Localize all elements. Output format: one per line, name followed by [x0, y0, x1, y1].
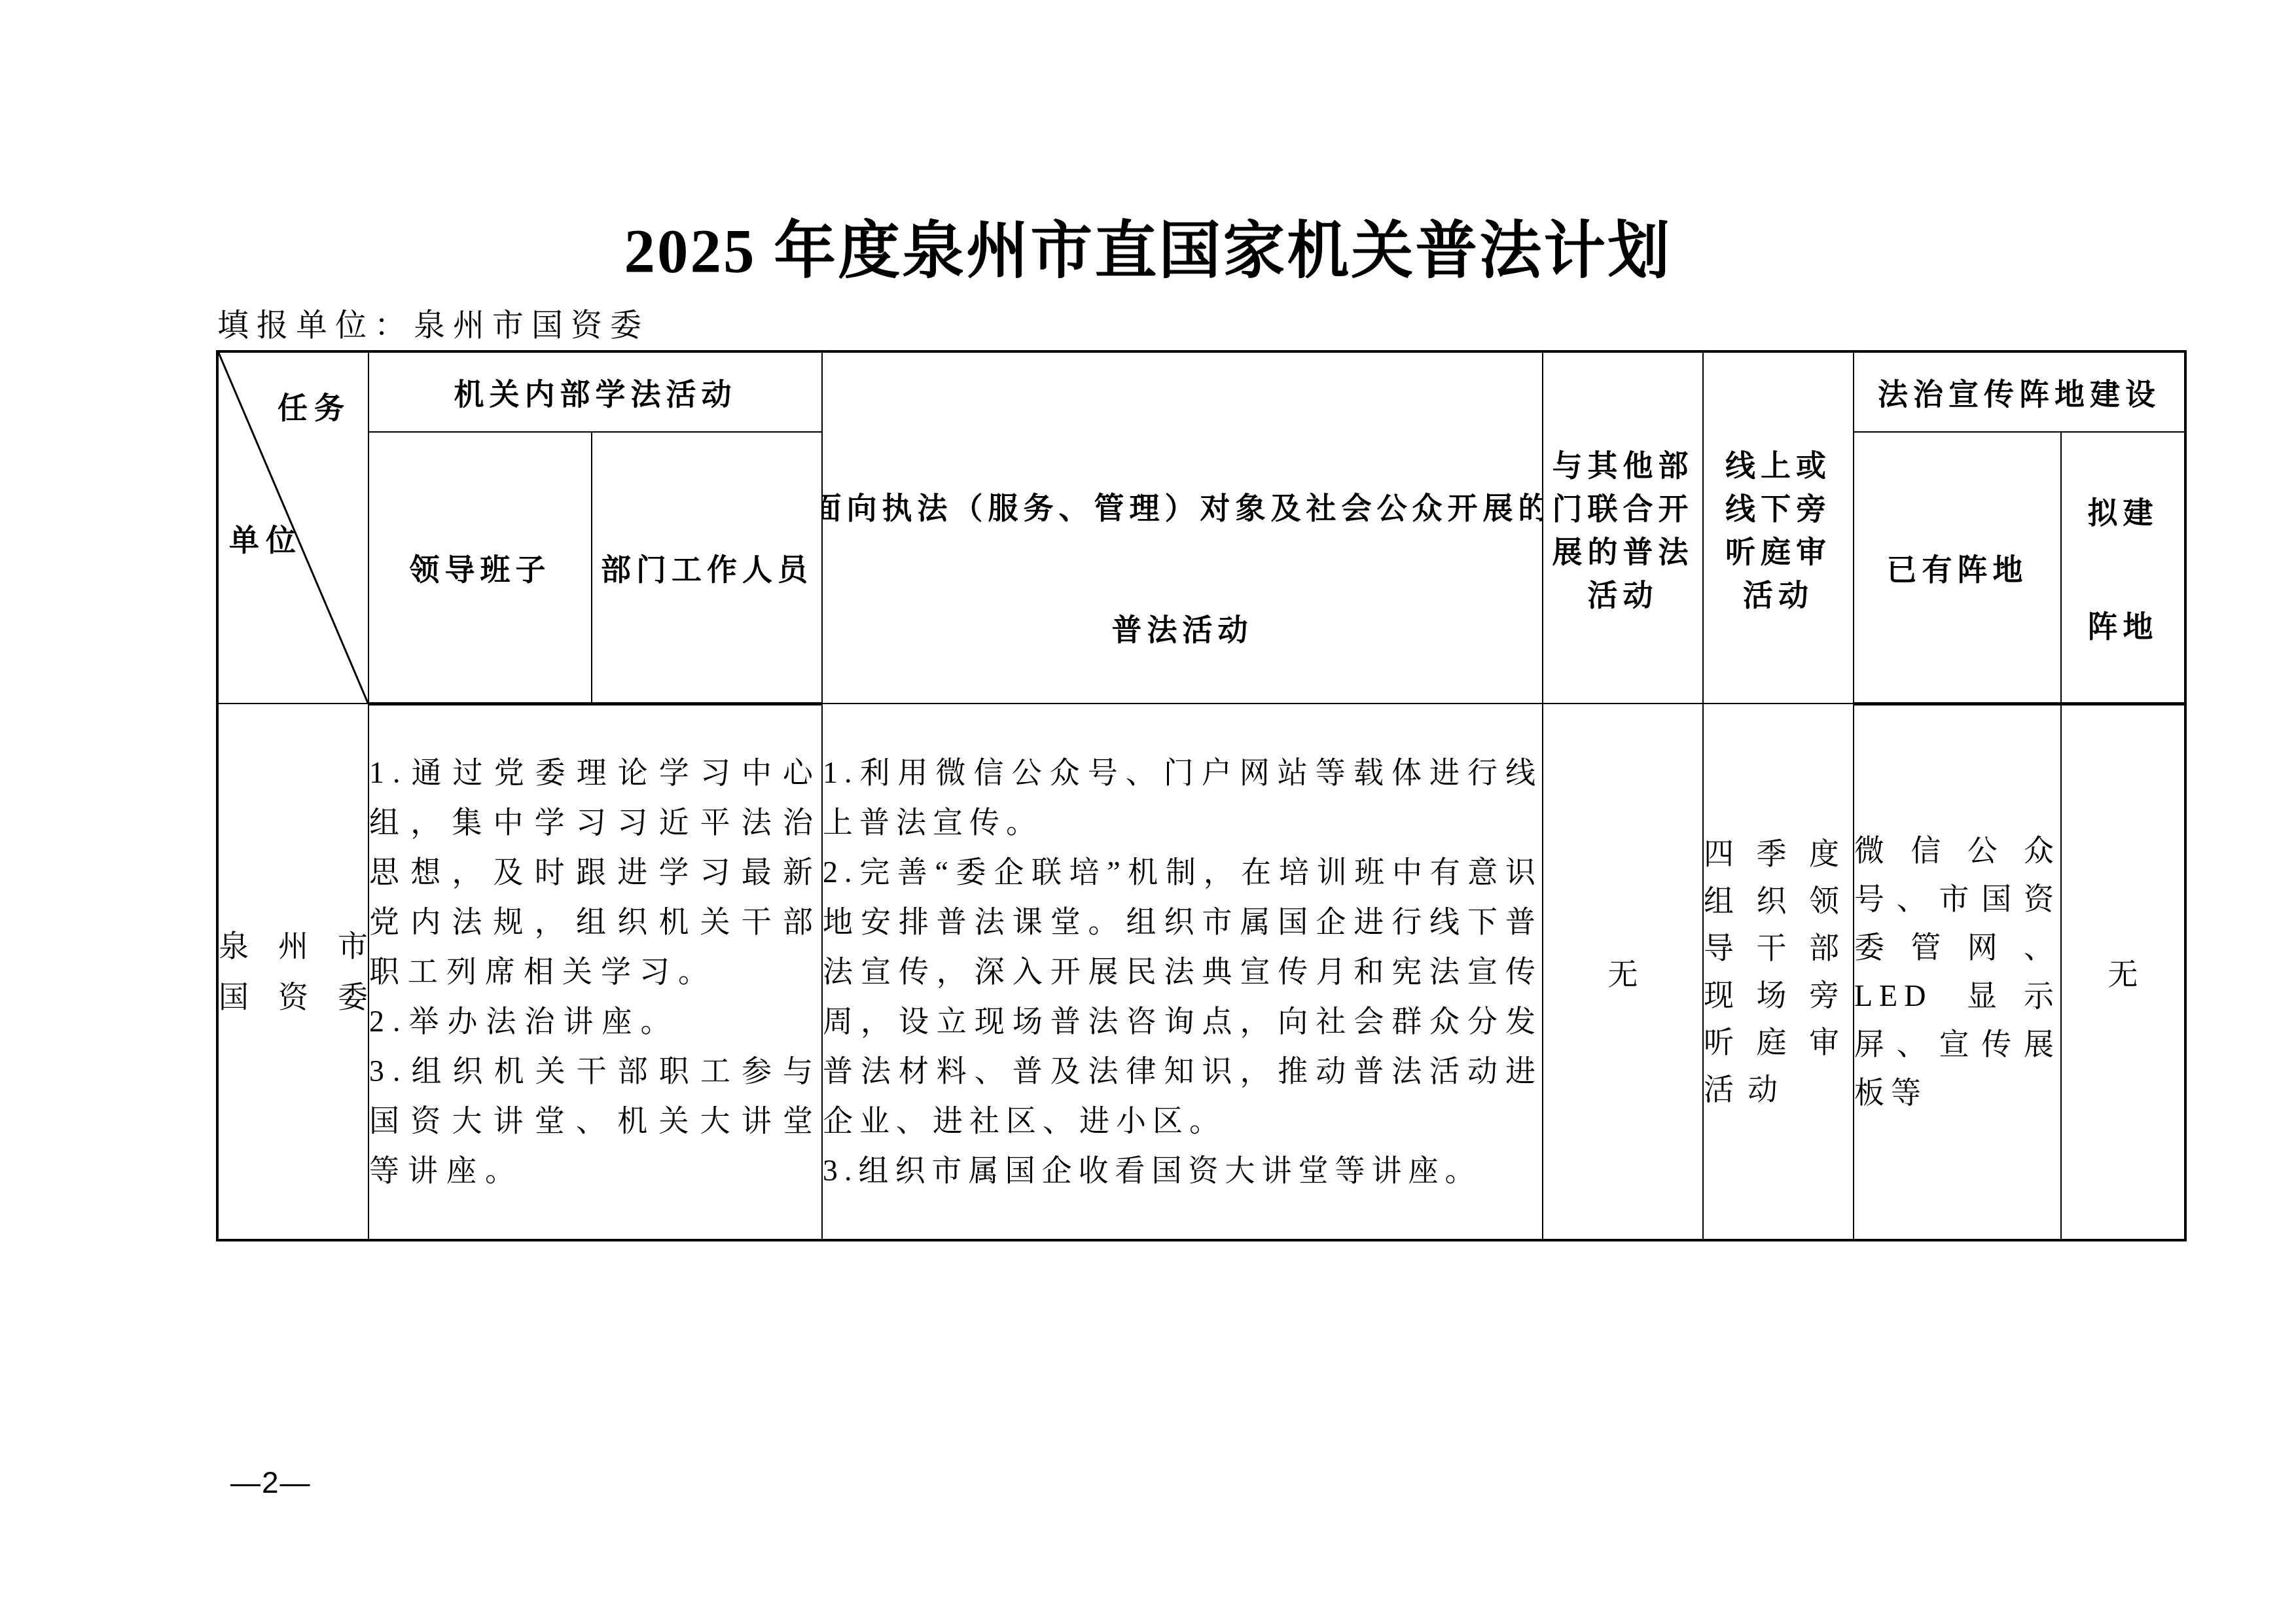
plan-table: 任务 单位 机关内部学法活动 面向执法（服务、管理）对象及社会公众开展的普法活动… [216, 350, 2187, 1241]
court-activities-lines: 四季度组织领导干部现场旁听庭审活动 [1704, 830, 1853, 1113]
page-number: —2— [230, 1465, 312, 1500]
public-activities-paragraphs: 1.利用微信公众号、门户网站等载体进行线上普法宣传。2.完善“委企联培”机制，在… [823, 748, 1542, 1196]
cell-planned-positions: 无 [2061, 704, 2185, 1240]
header-leadership: 领导班子 [368, 432, 592, 704]
header-court-activities-lines: 线上或线下旁听庭审活动 [1704, 404, 1853, 652]
internal-activities-paragraphs: 1.通过党委理论学习中心组，集中学习习近平法治思想，及时跟进学习最新党内法规，组… [369, 748, 821, 1196]
header-existing-position: 已有阵地 [1854, 432, 2061, 704]
unit-name-lines: 泉州市国资委 [219, 921, 368, 1023]
corner-cell-task-unit: 任务 单位 [217, 351, 368, 704]
header-staff: 部门工作人员 [592, 432, 822, 704]
header-position-group: 法治宣传阵地建设 [1854, 351, 2185, 432]
reporting-unit-line: 填报单位：泉州市国资委 [217, 300, 649, 345]
header-public-activities-lines: 面向执法（服务、管理）对象及社会公众开展的普法活动 [823, 407, 1542, 649]
cell-internal-activities: 1.通过党委理论学习中心组，集中学习习近平法治思想，及时跟进学习最新党内法规，组… [368, 704, 822, 1240]
corner-label-unit: 单位 [229, 516, 302, 560]
header-joint-activities-lines: 与其他部门联合开展的普法活动 [1543, 404, 1702, 652]
header-internal-group: 机关内部学法活动 [368, 351, 822, 432]
header-planned-position-lines: 拟建阵地 [2062, 489, 2184, 646]
header-court-activities: 线上或线下旁听庭审活动 [1703, 351, 1854, 704]
corner-label-task: 任务 [278, 384, 351, 427]
cell-existing-positions: 微信公众号、市国资委管网、LED 显示屏、宣传展板等 [1854, 704, 2061, 1240]
document-page: 2025 年度泉州市直国家机关普法计划 填报单位：泉州市国资委 任务 单位 机关… [0, 0, 2296, 1623]
cell-public-activities: 1.利用微信公众号、门户网站等载体进行线上普法宣传。2.完善“委企联培”机制，在… [822, 704, 1543, 1240]
header-public-activities: 面向执法（服务、管理）对象及社会公众开展的普法活动 [822, 351, 1543, 704]
cell-unit-name: 泉州市国资委 [217, 704, 368, 1240]
header-planned-position: 拟建阵地 [2061, 432, 2185, 704]
cell-joint-activities: 无 [1543, 704, 1703, 1240]
existing-positions-lines: 微信公众号、市国资委管网、LED 显示屏、宣传展板等 [1854, 827, 2060, 1117]
page-title: 2025 年度泉州市直国家机关普法计划 [0, 202, 2296, 291]
cell-court-activities: 四季度组织领导干部现场旁听庭审活动 [1703, 704, 1854, 1240]
header-joint-activities: 与其他部门联合开展的普法活动 [1543, 351, 1703, 704]
